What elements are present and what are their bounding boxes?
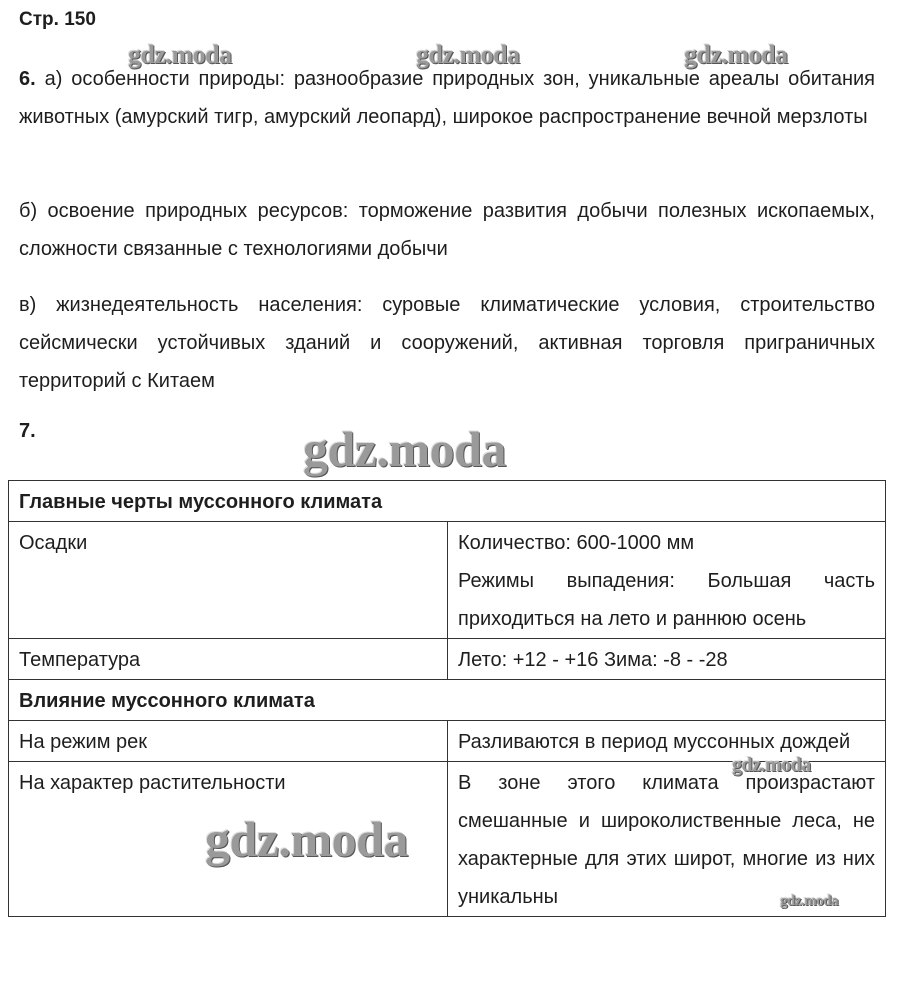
table-row: На характер растительности В зоне этого … (9, 762, 886, 917)
row-label-rivers: На режим рек (9, 721, 448, 762)
task-6-a-text: а) особенности природы: разнообразие при… (19, 68, 875, 128)
monsoon-climate-table: Главные черты муссонного климата Осадки … (8, 480, 886, 917)
section-title-influence: Влияние муссонного климата (9, 680, 886, 721)
section-title-main-features: Главные черты муссонного климата (9, 481, 886, 522)
row-label-temperature: Температура (9, 639, 448, 680)
table-section-header: Влияние муссонного климата (9, 680, 886, 721)
table-section-header: Главные черты муссонного климата (9, 481, 886, 522)
row-label-precipitation: Осадки (9, 522, 448, 639)
vegetation-text: В зоне этого климата произрастают смешан… (458, 764, 875, 916)
temperature-values: Лето: +12 - +16 Зима: -8 - -28 (458, 641, 875, 679)
task-6-part-a: 6. а) особенности природы: разнообразие … (19, 60, 875, 136)
row-value-precipitation: Количество: 600-1000 мм Режимы выпадения… (448, 522, 886, 639)
page-heading: Стр. 150 (19, 9, 96, 31)
table-row: На режим рек Разливаются в период муссон… (9, 721, 886, 762)
precipitation-regime: Режимы выпадения: Большая часть приходит… (458, 562, 875, 638)
row-value-temperature: Лето: +12 - +16 Зима: -8 - -28 (448, 639, 886, 680)
task-6-part-c: в) жизнедеятельность населения: суровые … (19, 286, 875, 400)
watermark: gdz.moda (303, 420, 506, 478)
table-row: Осадки Количество: 600-1000 мм Режимы вы… (9, 522, 886, 639)
task-7-number: 7. (19, 420, 36, 443)
row-label-vegetation: На характер растительности (9, 762, 448, 917)
task-6-part-b: б) освоение природных ресурсов: торможен… (19, 192, 875, 268)
row-value-vegetation: В зоне этого климата произрастают смешан… (448, 762, 886, 917)
task-6-number: 6. (19, 68, 36, 90)
row-value-rivers: Разливаются в период муссонных дождей (448, 721, 886, 762)
table-row: Температура Лето: +12 - +16 Зима: -8 - -… (9, 639, 886, 680)
rivers-text: Разливаются в период муссонных дождей (458, 723, 875, 761)
precipitation-amount: Количество: 600-1000 мм (458, 524, 875, 562)
